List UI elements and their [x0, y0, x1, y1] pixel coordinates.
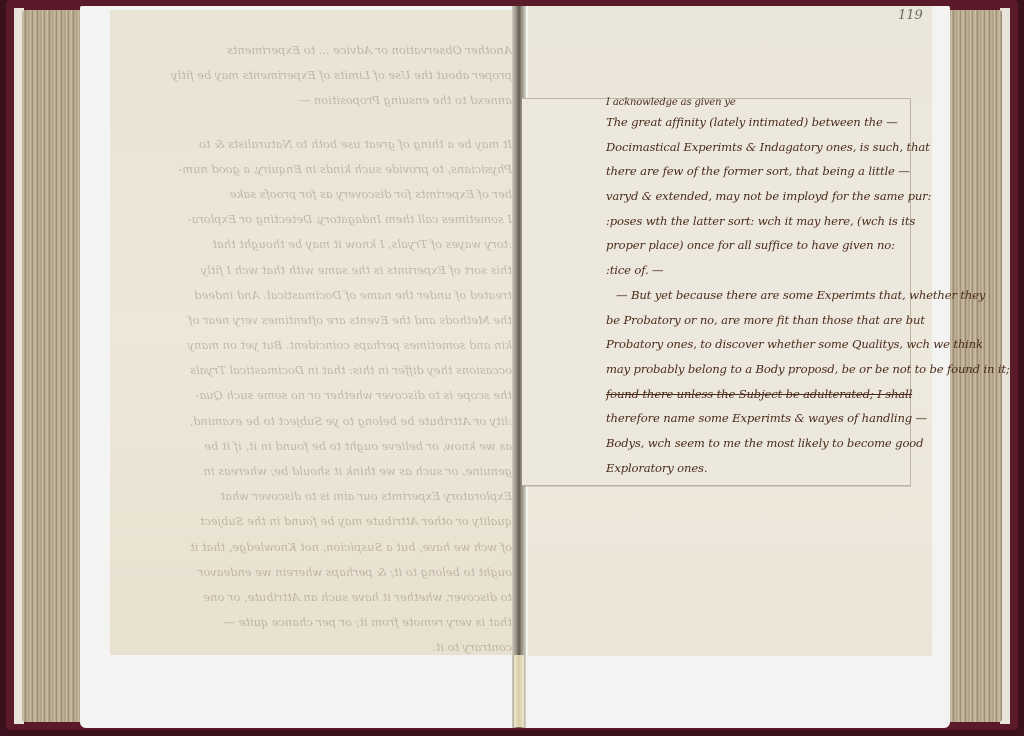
left-page-bleedthrough-text: Another Observation or Advice ... to Exp…: [112, 38, 512, 661]
ghost-line: quality or other Attribute may be found …: [112, 509, 512, 534]
ghost-line: ought to belong to it; & perhaps wherein…: [112, 560, 512, 585]
manuscript-line: Bodys, wch seem to me the most likely to…: [606, 431, 912, 456]
ghost-line: the Methods and the Events are oftentime…: [112, 308, 512, 333]
manuscript-line: Docimastical Experimts & Indagatory ones…: [606, 135, 912, 160]
ghost-line: genuine, or such as we think it should b…: [112, 459, 512, 484]
ghost-line: the scope is to discover whether or no s…: [112, 383, 512, 408]
manuscript-line: varyd & extended, may not be imployd for…: [606, 184, 912, 209]
manuscript-line: The great affinity (lately intimated) be…: [606, 110, 912, 135]
manuscript-line: Probatory ones, to discover whether some…: [606, 332, 912, 357]
ghost-line: :lity or Attribute be belong to ye Subje…: [112, 409, 512, 434]
manuscript-line: may probably belong to a Body proposd, b…: [606, 357, 912, 382]
ghost-line: proper about the Use of Limits of Experi…: [112, 63, 512, 88]
ghost-line: annexd to the ensuing Proposition —: [112, 88, 512, 113]
folio-number: 119: [898, 8, 923, 23]
gutter-fold-stub: [514, 655, 524, 727]
ghost-line: as we know, or believe ought to be found…: [112, 434, 512, 459]
ghost-line: Exploratory Experimts our aim is to disc…: [112, 484, 512, 509]
manuscript-line: therefore name some Experimts & wayes of…: [606, 406, 912, 431]
ghost-line: I sometimes call them Indagatory, Detect…: [112, 207, 512, 232]
ghost-line: Physicians, to provide such kinds in Enq…: [112, 157, 512, 182]
ghost-line: to discover, whether it have such an Att…: [112, 585, 512, 610]
manuscript-line: be Probatory or no, are more fit than th…: [606, 308, 912, 333]
left-page-stack: [22, 10, 82, 722]
ghost-line: ber of Experimts for discovery as for pr…: [112, 182, 512, 207]
interlinear-insertion: I acknowledge as given ye: [606, 96, 912, 110]
manuscript-line: proper place) once for all suffice to ha…: [606, 233, 912, 258]
ghost-line: that is very remote from it; or per chan…: [112, 610, 512, 635]
ghost-line: occasions they differ in this: that in D…: [112, 358, 512, 383]
ghost-line: It may be a thing of great use both to N…: [112, 132, 512, 157]
struck-through-line: found there unless the Subject be adulte…: [606, 382, 912, 407]
ghost-line: Another Observation or Advice ... to Exp…: [112, 38, 512, 63]
slip-handwritten-text: I acknowledge as given ye The great affi…: [606, 96, 912, 480]
manuscript-line: Exploratory ones.: [606, 456, 912, 481]
ghost-line: :tory wayes of Tryals, I know it may be …: [112, 232, 512, 257]
manuscript-line: :poses wth the latter sort: wch it may h…: [606, 209, 912, 234]
manuscript-line: :tice of. —: [606, 258, 912, 283]
ghost-line: of wch we have, but a Suspicion, not Kno…: [112, 535, 512, 560]
ghost-line: kin and sometimes perhaps coincident. Bu…: [112, 333, 512, 358]
ghost-line: treated of under the name of Docimastica…: [112, 283, 512, 308]
ghost-line: contrary to it.: [112, 635, 512, 660]
manuscript-book-spread: 119 Another Observation or Advice ... to…: [0, 0, 1024, 736]
ghost-line: this sort of Experimts is the same with …: [112, 258, 512, 283]
manuscript-line: there are few of the former sort, that b…: [606, 159, 912, 184]
manuscript-line: — But yet because there are some Experim…: [606, 283, 912, 308]
